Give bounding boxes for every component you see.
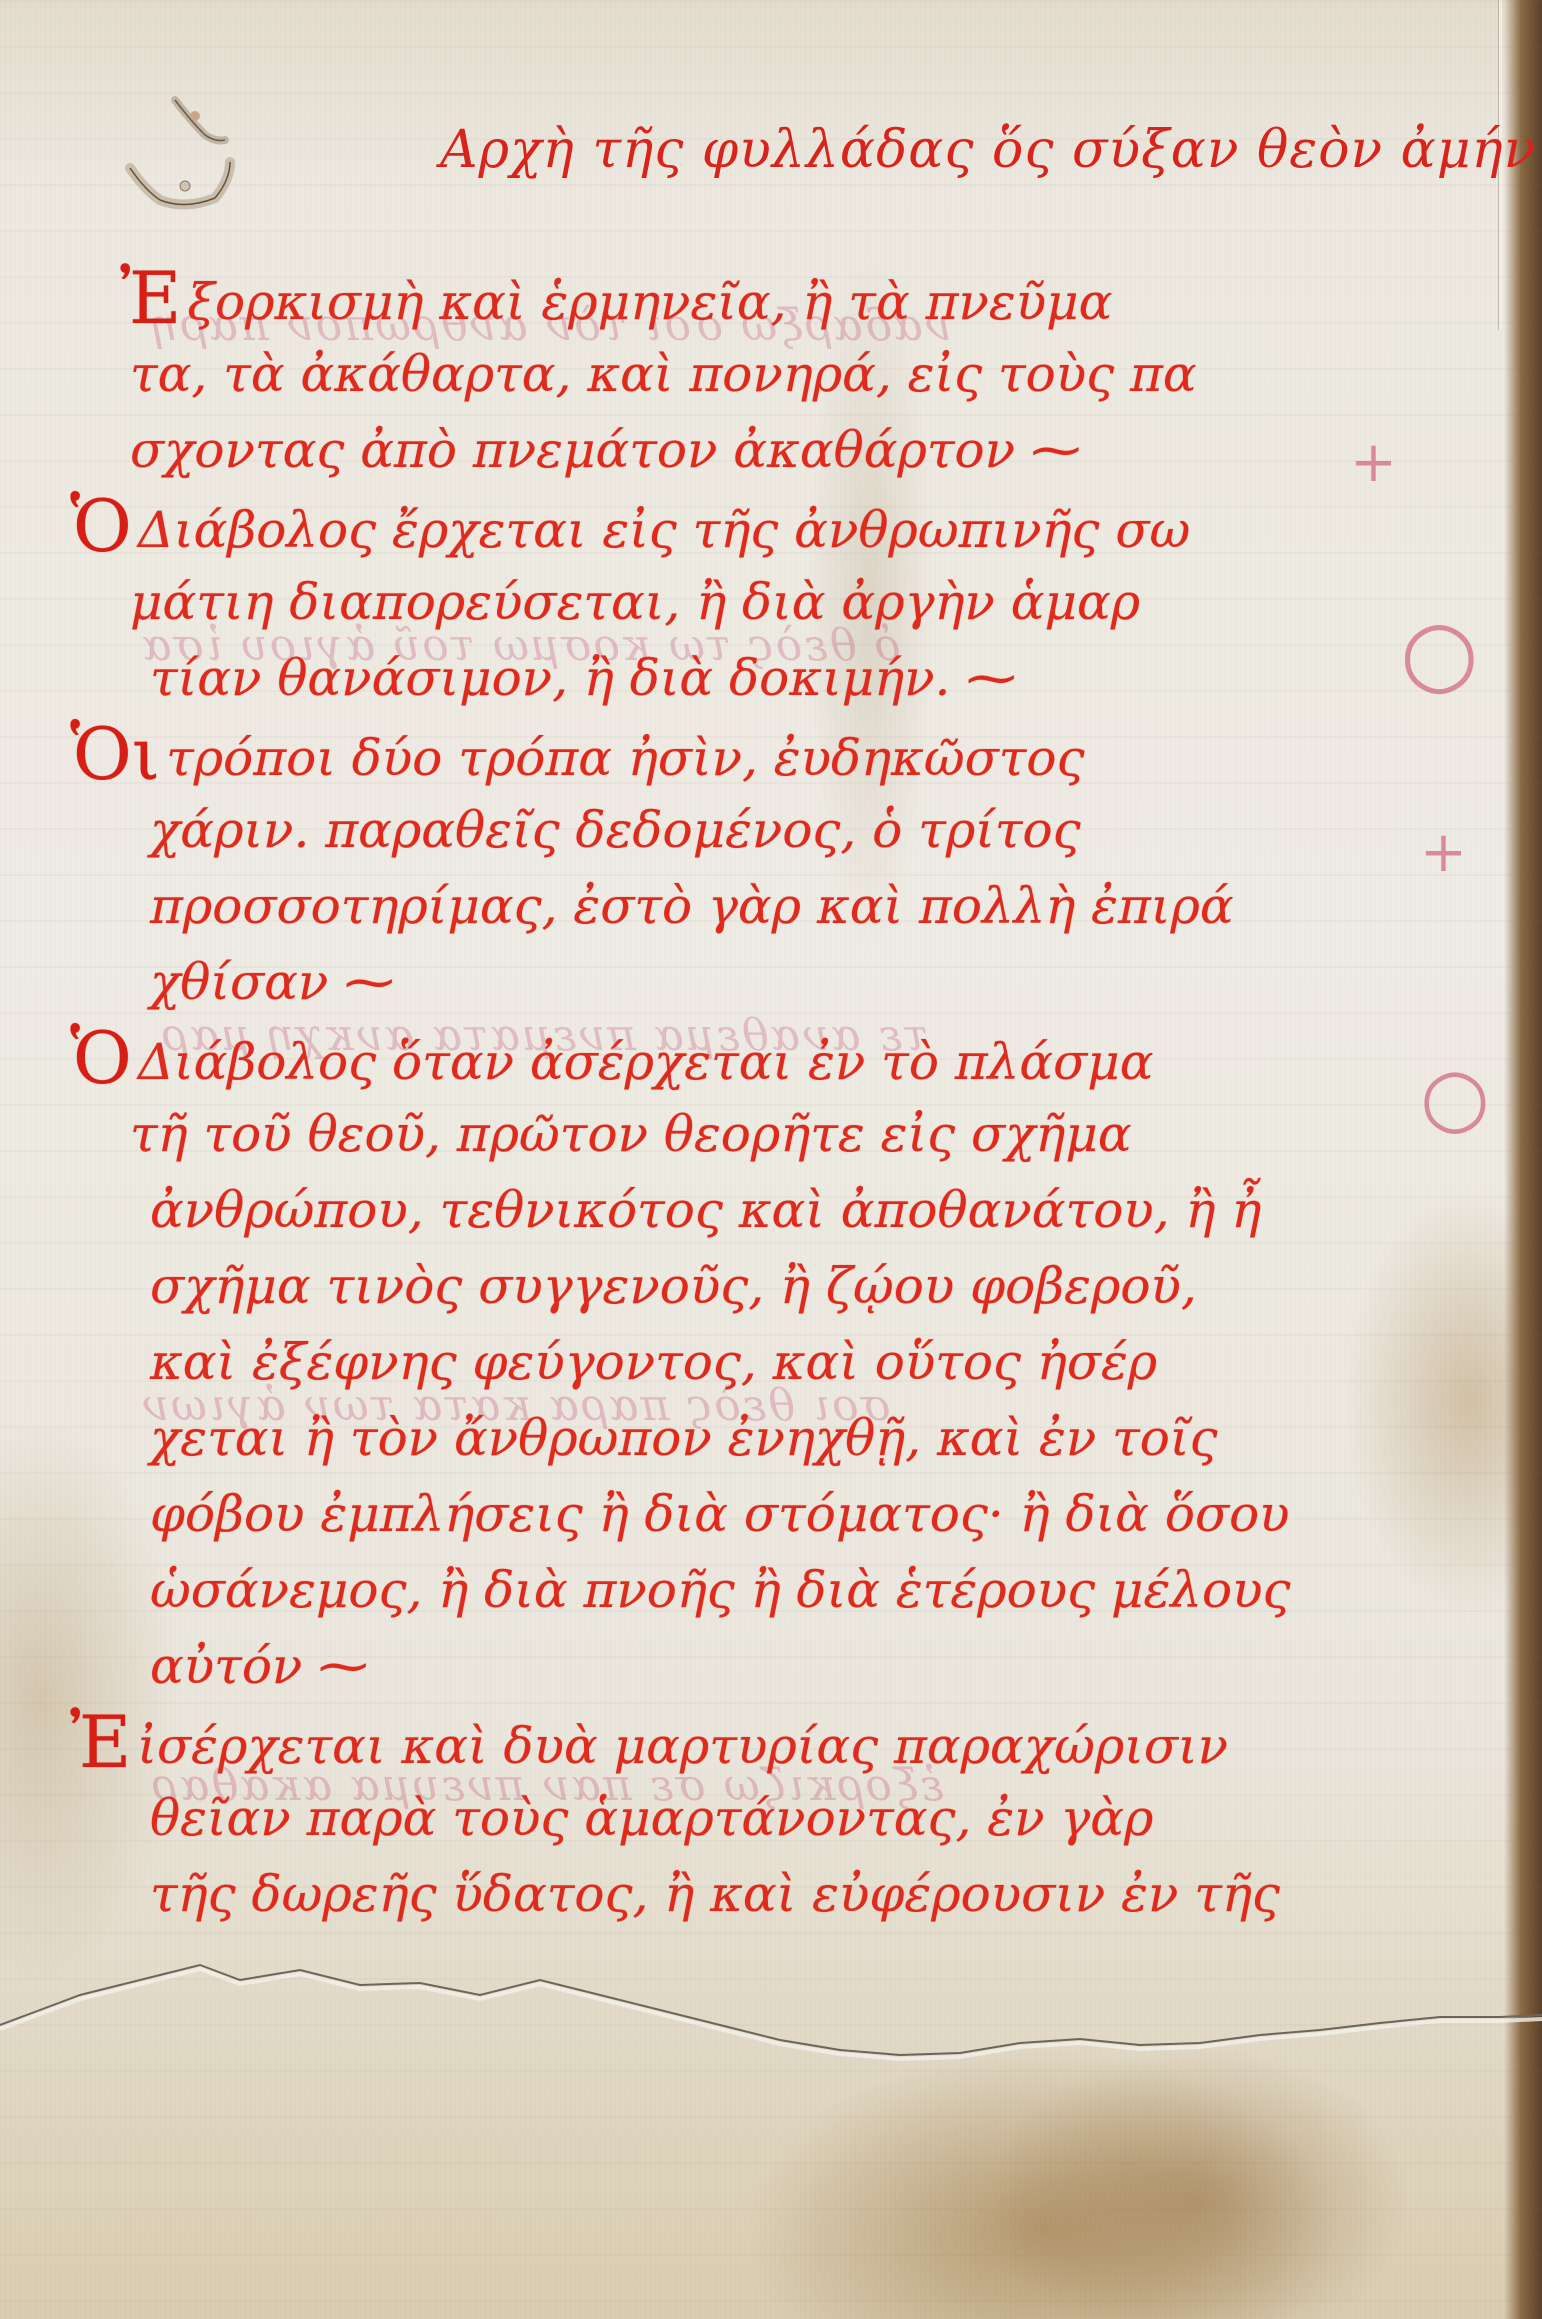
torn-paper-edge (0, 1955, 1542, 2075)
margin-circle-mark: ○ (1420, 1050, 1490, 1143)
text-line: ὉΔιάβολος ἔρχεται εἰς τῆς ἀνθρωπινῆς σω (70, 488, 1400, 564)
initial-letter: Ὁ (70, 1020, 132, 1096)
text-line: μάτιη διαπορεύσεται, ἢ διὰ ἀργὴν ἁμαρ (70, 564, 1400, 640)
text-line: ὉΔιάβολος ὅταν ἀσέρχεται ἐν τὸ πλάσμα (70, 1020, 1400, 1096)
text-line: σχοντας ἀπὸ πνεμάτον ἀκαθάρτον ⁓ (70, 412, 1400, 488)
initial-letter: Ἐ (120, 260, 181, 336)
text-line: καὶ ἐξέφνης φεύγοντος, καὶ οὕτος ἠσέρ (70, 1324, 1400, 1400)
initial-letter: Ὁ (70, 488, 132, 564)
initial-letter: Ὁι (70, 716, 160, 792)
text-line: θεῖαν παρὰ τοὺς ἁμαρτάνοντας, ἐν γὰρ (70, 1780, 1400, 1856)
margin-cross-mark: + (1420, 820, 1467, 885)
text-line: τῆ τοῦ θεοῦ, πρῶτον θεορῆτε εἰς σχῆμα (70, 1096, 1400, 1172)
text-line: ὡσάνεμος, ἢ διὰ πνοῆς ἢ διὰ ἑτέρους μέλο… (70, 1552, 1400, 1628)
manuscript-page: ναδαρξω σοι τὸν ανθρωπον παρη ὁ θεὸς τω … (0, 0, 1542, 2319)
manuscript-heading: Αρχὴ τῆς φυλλάδας ὅς σύξαν θεὸν ἀμήν (440, 120, 1536, 180)
text-line: σχῆμα τινὸς συγγενοῦς, ἢ ζῴου φοβεροῦ, (70, 1248, 1400, 1324)
text-line: Ὁιτρόποι δύο τρόπα ἠσὶν, ἐυδηκῶστος (70, 716, 1400, 792)
text-line: χάριν. παραθεῖς δεδομένος, ὁ τρίτος (70, 792, 1400, 868)
text-line: φόβου ἐμπλήσεις ἢ διὰ στόματος· ἢ διὰ ὅσ… (70, 1476, 1400, 1552)
manuscript-text: Ἐξορκισμὴ καὶ ἑρμηνεῖα, ἢ τὰ πνεῦμα τα, … (70, 260, 1400, 1932)
wormhole-damage-icon (115, 80, 275, 230)
initial-letter: Ἐ (70, 1704, 131, 1780)
text-line: τῆς δωρεῆς ὕδατος, ἢ καὶ εὐφέρουσιν ἐν τ… (70, 1856, 1400, 1932)
text-line: ἀνθρώπου, τεθνικότος καὶ ἀποθανάτου, ἢ ἦ (70, 1172, 1400, 1248)
text-line: τα, τὰ ἀκάθαρτα, καὶ πονηρά, εἰς τοὺς πα (70, 336, 1400, 412)
text-line: προσσοτηρίμας, ἐστὸ γὰρ καὶ πολλὴ ἐπιρά (70, 868, 1400, 944)
text-line: αὐτόν ⁓ (70, 1628, 1400, 1704)
text-line: Ἐξορκισμὴ καὶ ἑρμηνεῖα, ἢ τὰ πνεῦμα (70, 260, 1400, 336)
text-line: χεται ἢ τὸν ἄνθρωπον ἐνηχθῇ, καὶ ἐν τοῖς (70, 1400, 1400, 1476)
text-line: χθίσαν ⁓ (70, 944, 1400, 1020)
text-line: Ἐἰσέρχεται καὶ δυὰ μαρτυρίας παραχώρισιν (70, 1704, 1400, 1780)
margin-circle-mark: ○ (1400, 600, 1479, 705)
text-line: τίαν θανάσιμον, ἢ διὰ δοκιμήν. ⁓ (70, 640, 1400, 716)
